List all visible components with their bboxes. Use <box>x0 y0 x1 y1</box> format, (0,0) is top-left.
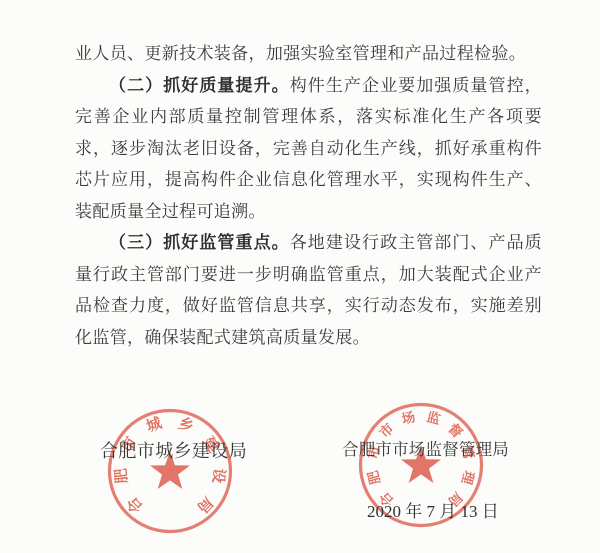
svg-text:乡: 乡 <box>176 414 196 436</box>
svg-text:城: 城 <box>144 413 165 435</box>
signature-market-bureau: 合肥市市场监督管理局 <box>342 436 509 460</box>
paragraph-continuation: 业人员、更新技术装备，加强实验室管理和产品过程检验。 <box>75 38 542 70</box>
document-page: 业人员、更新技术装备，加强实验室管理和产品过程检验。 （二）抓好质量提升。构件生… <box>0 0 600 553</box>
paragraph-heading: （二）抓好质量提升。 <box>109 76 290 95</box>
document-date: 2020 年 7 月 13 日 <box>367 497 499 522</box>
paragraph-item-3: （三）抓好监管重点。各地建设行政主管部门、产品质量行政主管部门要进一步明确监管重… <box>75 227 542 353</box>
svg-text:监: 监 <box>425 408 443 427</box>
svg-text:场: 场 <box>400 408 418 427</box>
paragraph-heading: （三）抓好监管重点。 <box>109 233 290 252</box>
svg-text:理: 理 <box>459 469 477 486</box>
paragraph-text: 构件生产企业要加强质量管控，完善企业内部质量控制管理体系，落实标准化生产各项要求… <box>75 76 542 221</box>
svg-text:肥: 肥 <box>365 469 383 486</box>
svg-text:设: 设 <box>209 468 228 485</box>
document-body: 业人员、更新技术装备，加强实验室管理和产品过程检验。 （二）抓好质量提升。构件生… <box>75 38 542 353</box>
signature-construction-bureau: 合肥市城乡建设局 <box>100 437 247 463</box>
paragraph-item-2: （二）抓好质量提升。构件生产企业要加强质量管控，完善企业内部质量控制管理体系，落… <box>75 70 542 228</box>
svg-text:肥: 肥 <box>112 468 131 485</box>
paragraph-text: 业人员、更新技术装备，加强实验室管理和产品过程检验。 <box>75 44 526 63</box>
construction-bureau-seal: 合肥市城乡建设局 <box>105 406 235 536</box>
